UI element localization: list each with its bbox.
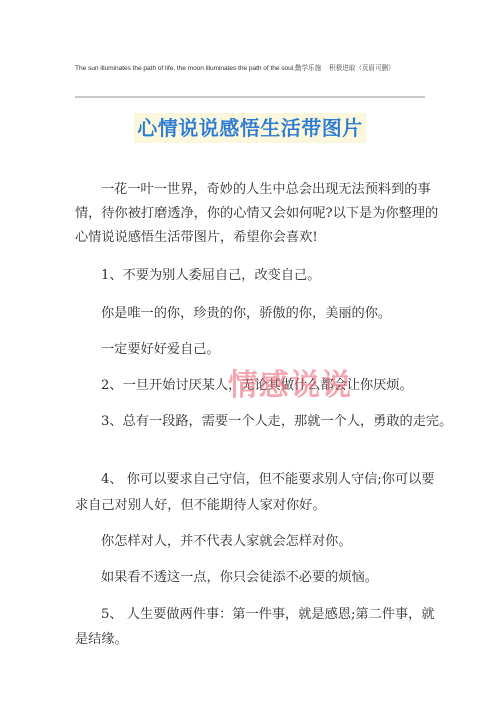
header-separator xyxy=(75,96,425,98)
paragraph-5: 3、总有一段路，需要一个人走，那就一个人，勇敢的走完。 xyxy=(101,410,453,434)
paragraph-9-line-2: 是结缘。 xyxy=(75,628,427,652)
document-page: The sun illuminates the path of life, th… xyxy=(0,0,500,708)
paragraph-8: 如果看不透这一点，你只会徒添不必要的烦恼。 xyxy=(101,566,453,590)
paragraph-3: 一定要好好爱自己。 xyxy=(101,338,453,362)
paragraph-9-line-1: 5、 人生要做两件事：第一件事，就是感恩;第二件事，就 xyxy=(101,603,453,627)
paragraph-6-line-2: 求自己对别人好，但不能期待人家对你好。 xyxy=(75,494,427,518)
paragraph-4: 2、一旦开始讨厌某人，无论其做什么都会让你厌烦。 xyxy=(101,374,453,398)
page-header: The sun illuminates the path of life, th… xyxy=(75,62,435,72)
title-container: 心情说说感悟生活带图片 xyxy=(0,113,500,143)
paragraph-1: 1、不要为别人委屈自己，改变自己。 xyxy=(101,264,453,288)
header-motto-left: 勤学乐施 xyxy=(295,64,321,72)
intro-line-2: 情，待你被打磨透净，你的心情又会如何呢?以下是为你整理的 xyxy=(75,202,427,226)
paragraph-7: 你怎样对人，并不代表人家就会怎样对你。 xyxy=(101,530,453,554)
header-motto-right: 积极进取（页眉可删） xyxy=(329,64,394,72)
page-title: 心情说说感悟生活带图片 xyxy=(134,113,366,143)
paragraph-6-line-1: 4、 你可以要求自己守信，但不能要求别人守信;你可以要 xyxy=(101,468,453,492)
intro-line-1: 一花一叶一世界，奇妙的人生中总会出现无法预料到的事 xyxy=(101,178,453,202)
paragraph-2: 你是唯一的你，珍贵的你，骄傲的你，美丽的你。 xyxy=(101,302,453,326)
header-tagline: The sun illuminates the path of life, th… xyxy=(75,65,295,72)
header-motto: 勤学乐施积极进取（页眉可删） xyxy=(295,64,395,72)
intro-line-3: 心情说说感悟生活带图片，希望你会喜欢! xyxy=(75,226,427,250)
